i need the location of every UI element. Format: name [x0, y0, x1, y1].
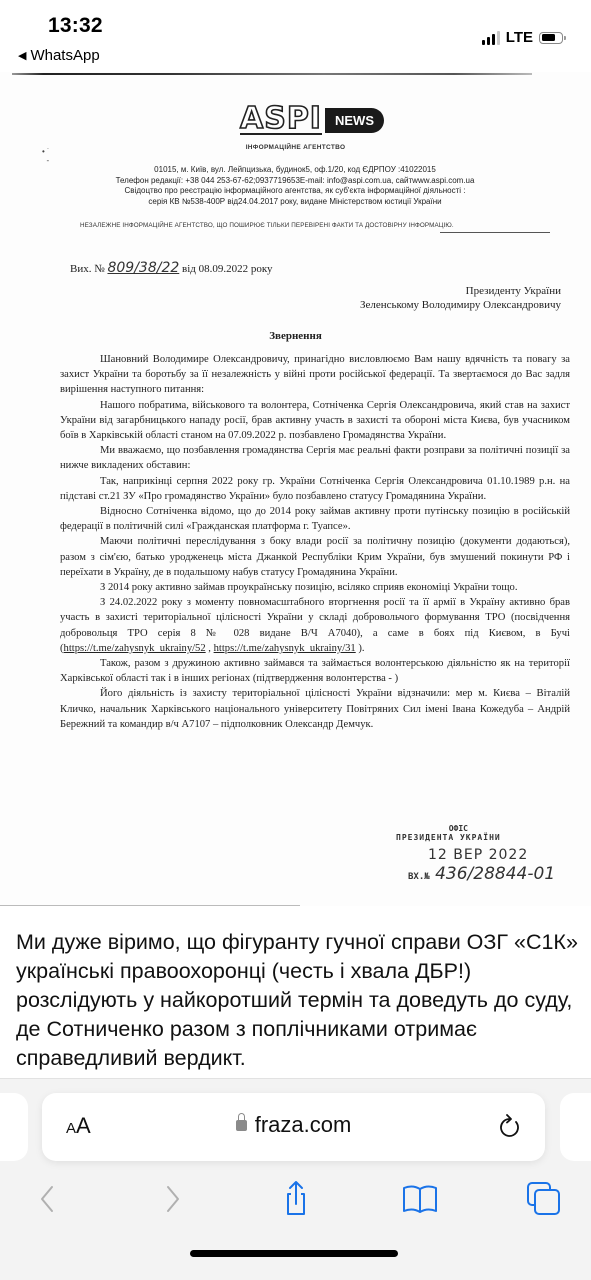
letter-paragraph: Відносно Сотніченка відомо, що до 2014 р…: [60, 504, 570, 534]
letterhead-line: 01015, м. Київ, вул. Лейпцизька, будинок…: [40, 165, 550, 176]
incoming-number-handwritten: 436/28844-01: [435, 864, 555, 884]
letter-title: Звернення: [0, 330, 591, 342]
outgoing-number-line: Вих. № 809/38/22 від 08.09.2022 року: [70, 260, 273, 276]
letterhead-line: серія КВ №538-400Р від24.04.2017 року, в…: [40, 197, 550, 208]
scan-edge-line: [12, 73, 532, 75]
article-paragraph: Ми дуже віримо, що фігуранту гучної спра…: [16, 928, 581, 1073]
outgoing-date: від 08.09.2022 року: [182, 263, 273, 275]
tabs-icon[interactable]: [522, 1177, 566, 1221]
letter-body: Шановний Володимире Олександровичу, прин…: [60, 352, 570, 732]
bookmarks-icon[interactable]: [398, 1177, 442, 1221]
stamp-president: ПРЕЗИДЕНТА УКРАЇНИ: [396, 833, 501, 842]
url-display[interactable]: fraza.com: [42, 1112, 545, 1138]
addressee-title: Президенту України: [360, 284, 561, 298]
scanned-letter-image: ASPI NEWS ІНФОРМАЦІЙНЕ АГЕНТСТВО • ˙ - 0…: [0, 72, 591, 906]
browser-toolbar: [0, 1177, 591, 1227]
letterhead-motto: НЕЗАЛЕЖНЕ ІНФОРМАЦІЙНЕ АГЕНТСТВО, ЩО ПОШ…: [80, 222, 560, 229]
addressee: Президенту України Зеленському Володимир…: [360, 284, 561, 312]
aspi-news-logo: ASPI NEWS: [240, 105, 384, 135]
back-chevron-icon[interactable]: [26, 1177, 70, 1221]
link-suffix: ).: [356, 643, 365, 654]
scan-bottom-edge: [0, 905, 300, 906]
stamp-date: 12 ВЕР 2022: [428, 847, 528, 863]
lock-icon: [236, 1120, 247, 1131]
logo-main-text: ASPI: [240, 105, 322, 135]
addressee-name: Зеленському Володимиру Олександровичу: [360, 298, 561, 312]
status-bar: 13:32 ◀ WhatsApp LTE: [0, 0, 591, 72]
telegram-link-31: https://t.me/zahysnyk_ukrainy/31: [214, 643, 356, 654]
stamp-office: ОФІС: [416, 824, 501, 833]
letter-paragraph: Нашого побратима, військового та волонте…: [60, 398, 570, 444]
letter-paragraph: Його діяльність із захисту територіально…: [60, 686, 570, 732]
logo-badge-text: NEWS: [325, 108, 384, 133]
forward-chevron-icon[interactable]: [150, 1177, 194, 1221]
incoming-prefix: ВХ.№: [408, 872, 430, 882]
letter-paragraph: З 2014 року активно займав проукраїнську…: [60, 580, 570, 595]
incoming-number: ВХ.№ 436/28844-01: [408, 864, 555, 884]
letter-paragraph-with-links: З 24.02.2022 року з моменту повномасштаб…: [60, 595, 570, 656]
motto-underline: [440, 232, 550, 233]
letterhead-details: 01015, м. Київ, вул. Лейпцизька, будинок…: [40, 165, 550, 207]
letterhead-line: Свідоцтво про реєстрацію інформаційного …: [40, 186, 550, 197]
outgoing-number-handwritten: 809/38/22: [107, 260, 179, 276]
office-stamp: ОФІС ПРЕЗИДЕНТА УКРАЇНИ: [396, 824, 501, 842]
letter-paragraph: Так, наприкінці серпня 2022 року гр. Укр…: [60, 474, 570, 504]
letter-paragraph: Ми вважаємо, що позбавлення громадянства…: [60, 443, 570, 473]
reload-icon[interactable]: [497, 1113, 523, 1141]
clock: 13:32: [48, 14, 103, 38]
home-indicator[interactable]: [190, 1250, 398, 1257]
share-icon[interactable]: [274, 1177, 318, 1221]
letter-paragraph: Шановний Володимире Олександровичу, прин…: [60, 352, 570, 398]
letter-paragraph: Маючи політичні переслідування з боку вл…: [60, 534, 570, 580]
battery-icon: [539, 32, 563, 44]
cellular-signal-icon: [482, 31, 500, 45]
address-bar[interactable]: AA fraza.com: [42, 1093, 545, 1161]
scan-specks: • ˙ -: [42, 147, 50, 165]
telegram-link-52: https://t.me/zahysnyk_ukrainy/52: [64, 643, 206, 654]
previous-tab-peek[interactable]: [0, 1093, 28, 1161]
back-to-app-button[interactable]: ◀ WhatsApp: [18, 47, 100, 64]
status-indicators: LTE: [482, 29, 563, 46]
url-text: fraza.com: [255, 1112, 352, 1137]
logo-subtitle: ІНФОРМАЦІЙНЕ АГЕНТСТВО: [0, 144, 591, 151]
next-tab-peek[interactable]: [560, 1093, 591, 1161]
link-separator: ,: [206, 643, 214, 654]
letter-paragraph: Також, разом з дружиною активно займався…: [60, 656, 570, 686]
back-triangle-icon: ◀: [18, 49, 26, 62]
letterhead-line: Телефон редакції: +38 044 253-67-62;0937…: [40, 176, 550, 187]
network-type: LTE: [506, 29, 533, 46]
outgoing-prefix: Вих. №: [70, 263, 105, 275]
back-app-label: WhatsApp: [30, 47, 99, 64]
